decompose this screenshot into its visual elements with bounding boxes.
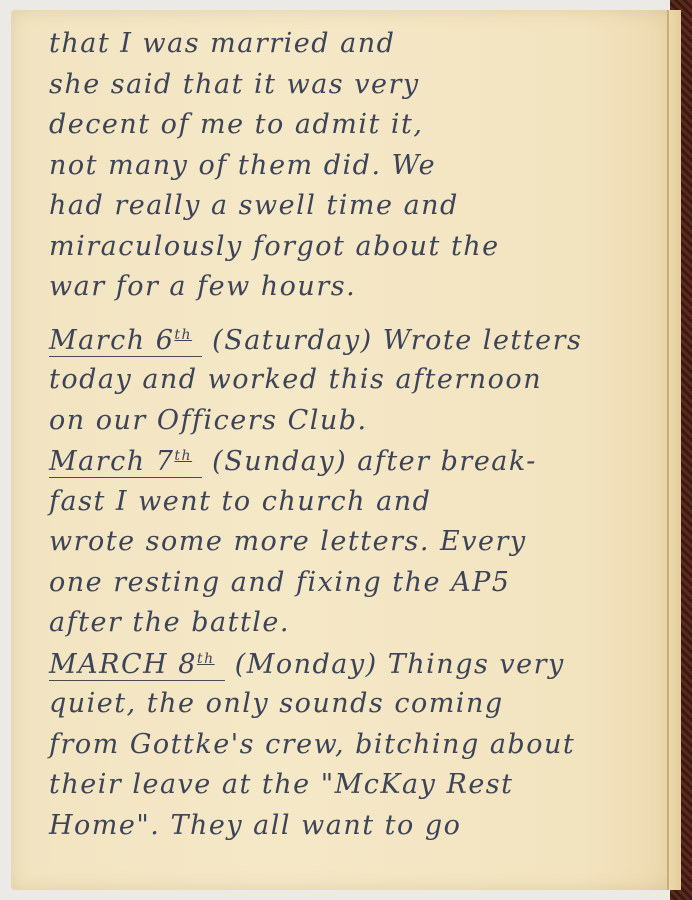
text-line: not many of them did. We: [49, 146, 659, 187]
entry-date: March 7th: [49, 441, 202, 478]
text-line: after the battle.: [49, 603, 659, 644]
text-line: that I was married and: [49, 24, 659, 65]
text-line: fast I went to church and: [49, 482, 659, 523]
entry-march-6-header: March 6th (Saturday) Wrote letters: [49, 320, 659, 361]
text-line: one resting and fixing the AP5: [49, 563, 659, 604]
handwritten-text: that I was married and she said that it …: [49, 24, 659, 846]
text-line: had really a swell time and: [49, 186, 659, 227]
text-line: Home". They all want to go: [49, 806, 659, 847]
text-line: decent of me to admit it,: [49, 105, 659, 146]
text-line: she said that it was very: [49, 65, 659, 106]
text-line: war for a few hours.: [49, 267, 659, 308]
text-line: on our Officers Club.: [49, 401, 659, 442]
entry-date: March 6th: [49, 320, 202, 357]
entry-date: MARCH 8th: [49, 644, 225, 681]
text-line: wrote some more letters. Every: [49, 522, 659, 563]
page-edge: [669, 10, 681, 890]
text-line: from Gottke's crew, bitching about: [49, 725, 659, 766]
entry-first-line: (Sunday) after break-: [212, 446, 537, 477]
entry-first-line: (Saturday) Wrote letters: [212, 325, 582, 356]
scanned-page: that I was married and she said that it …: [0, 0, 692, 900]
entry-first-line: (Monday) Things very: [235, 649, 565, 680]
page-gutter-line: [667, 10, 669, 890]
text-line: their leave at the "McKay Rest: [49, 765, 659, 806]
diary-page: that I was married and she said that it …: [11, 10, 681, 890]
entry-march-7-header: March 7th (Sunday) after break-: [49, 441, 659, 482]
text-line: miraculously forgot about the: [49, 227, 659, 268]
entry-march-8-header: MARCH 8th (Monday) Things very: [49, 644, 659, 685]
text-line: today and worked this afternoon: [49, 360, 659, 401]
text-line: quiet, the only sounds coming: [49, 684, 659, 725]
